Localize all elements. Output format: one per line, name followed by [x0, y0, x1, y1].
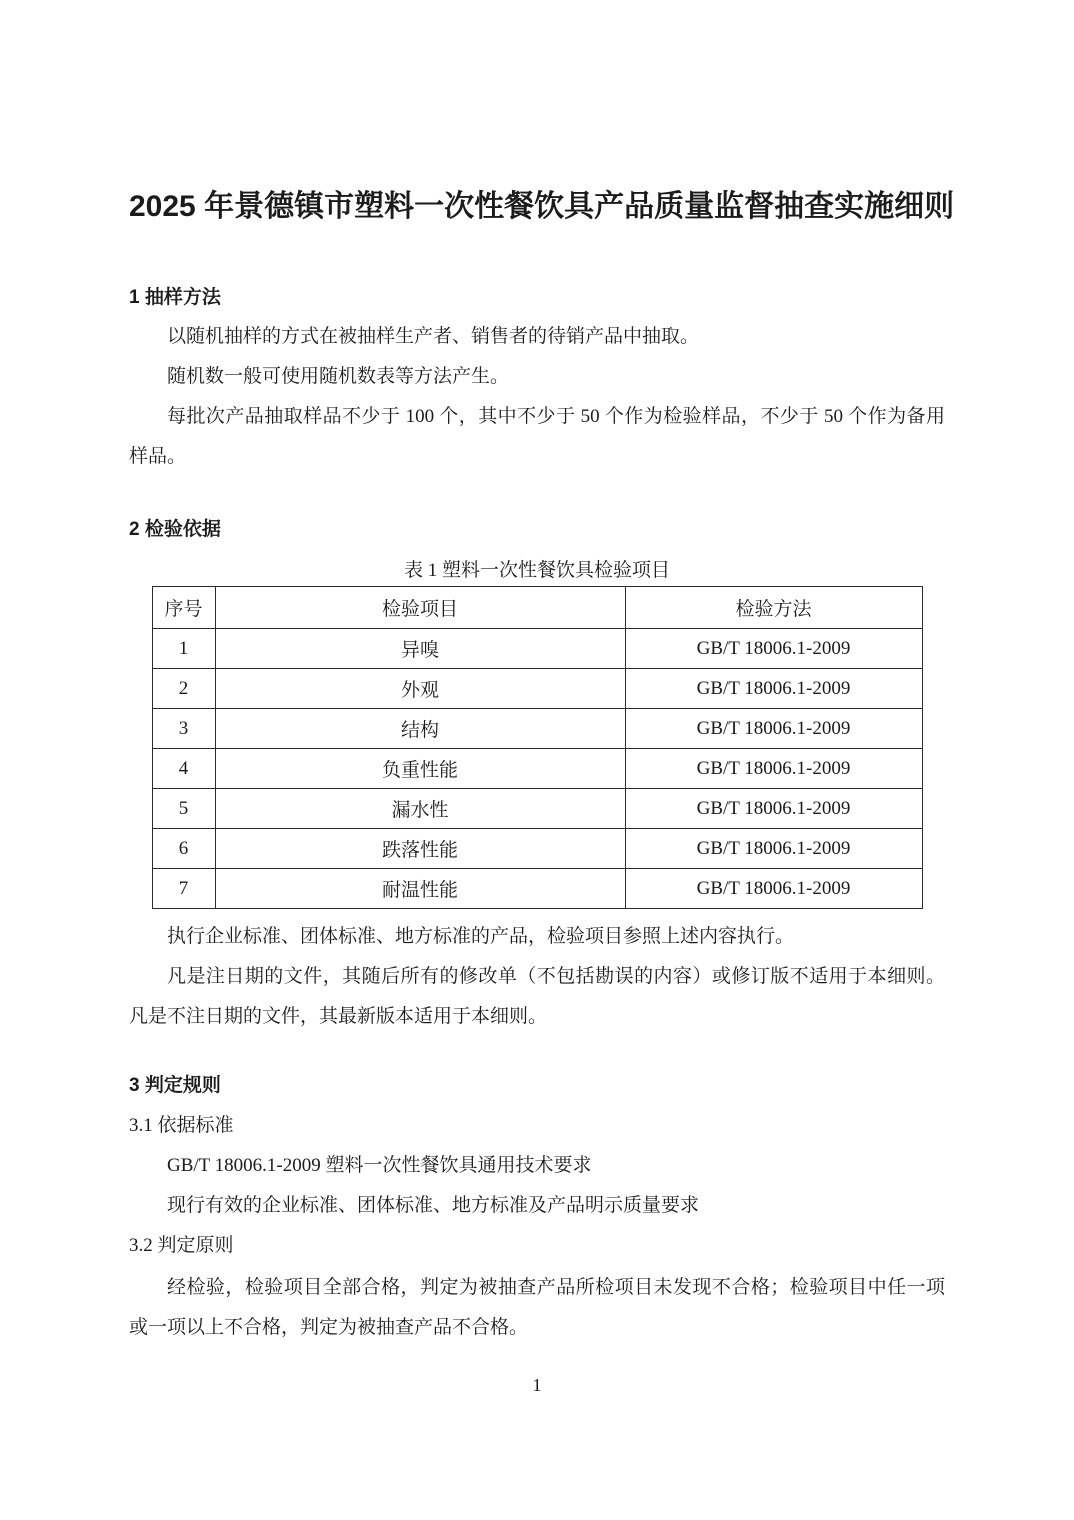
table-row: 5漏水性GB/T 18006.1-2009	[152, 789, 922, 829]
section-1-heading: 1 抽样方法	[129, 285, 945, 311]
table-cell: GB/T 18006.1-2009	[625, 749, 922, 789]
table-row: 6跌落性能GB/T 18006.1-2009	[152, 829, 922, 869]
section-1-paragraph-3: 每批次产品抽取样品不少于 100 个，其中不少于 50 个作为检验样品，不少于 …	[129, 397, 945, 477]
section-3-1-line-2: 现行有效的企业标准、团体标准、地方标准及产品明示质量要求	[129, 1186, 945, 1226]
table-row: 4负重性能GB/T 18006.1-2009	[152, 749, 922, 789]
section-3-1-line-1: GB/T 18006.1-2009 塑料一次性餐饮具通用技术要求	[129, 1146, 945, 1186]
table-header-cell-method: 检验方法	[625, 587, 922, 629]
table-cell: 耐温性能	[215, 869, 625, 909]
document-title: 2025 年景德镇市塑料一次性餐饮具产品质量监督抽查实施细则	[129, 186, 945, 228]
table-header-cell-item: 检验项目	[215, 587, 625, 629]
table-cell: GB/T 18006.1-2009	[625, 669, 922, 709]
section-3-1-heading: 3.1 依据标准	[129, 1106, 945, 1146]
table-row: 2外观GB/T 18006.1-2009	[152, 669, 922, 709]
table-cell: 漏水性	[215, 789, 625, 829]
table-cell: GB/T 18006.1-2009	[625, 629, 922, 669]
table-cell: 5	[152, 789, 215, 829]
table-cell: GB/T 18006.1-2009	[625, 829, 922, 869]
section-3-heading: 3 判定规则	[129, 1073, 945, 1099]
section-3-2-paragraph: 经检验，检验项目全部合格，判定为被抽查产品所检项目未发现不合格；检验项目中任一项…	[129, 1268, 945, 1348]
table-cell: 异嗅	[215, 629, 625, 669]
table-cell: 负重性能	[215, 749, 625, 789]
table-row: 3结构GB/T 18006.1-2009	[152, 709, 922, 749]
section-2-paragraph-2: 凡是注日期的文件，其随后所有的修改单（不包括勘误的内容）或修订版不适用于本细则。…	[129, 957, 945, 1037]
inspection-items-table: 序号 检验项目 检验方法 1异嗅GB/T 18006.1-20092外观GB/T…	[152, 586, 923, 909]
table-cell: 2	[152, 669, 215, 709]
table-cell: GB/T 18006.1-2009	[625, 709, 922, 749]
section-1-paragraph-2: 随机数一般可使用随机数表等方法产生。	[129, 357, 945, 397]
page-number: 1	[129, 1370, 945, 1400]
document-page: 2025 年景德镇市塑料一次性餐饮具产品质量监督抽查实施细则 1 抽样方法 以随…	[0, 0, 1074, 1520]
section-2-paragraph-1: 执行企业标准、团体标准、地方标准的产品，检验项目参照上述内容执行。	[129, 917, 945, 957]
table-cell: 7	[152, 869, 215, 909]
table-cell: 跌落性能	[215, 829, 625, 869]
table-cell: 3	[152, 709, 215, 749]
table-header-cell-no: 序号	[152, 587, 215, 629]
table-cell: 4	[152, 749, 215, 789]
section-2-heading: 2 检验依据	[129, 517, 945, 543]
table-caption: 表 1 塑料一次性餐饮具检验项目	[129, 556, 945, 586]
table-row: 7耐温性能GB/T 18006.1-2009	[152, 869, 922, 909]
table-cell: GB/T 18006.1-2009	[625, 869, 922, 909]
table-cell: GB/T 18006.1-2009	[625, 789, 922, 829]
section-1-paragraph-1: 以随机抽样的方式在被抽样生产者、销售者的待销产品中抽取。	[129, 317, 945, 357]
table-header-row: 序号 检验项目 检验方法	[152, 587, 922, 629]
table-cell: 结构	[215, 709, 625, 749]
table-cell: 6	[152, 829, 215, 869]
table-cell: 1	[152, 629, 215, 669]
table-row: 1异嗅GB/T 18006.1-2009	[152, 629, 922, 669]
inspection-table-body: 1异嗅GB/T 18006.1-20092外观GB/T 18006.1-2009…	[152, 629, 922, 909]
table-cell: 外观	[215, 669, 625, 709]
section-3-2-heading: 3.2 判定原则	[129, 1226, 945, 1266]
